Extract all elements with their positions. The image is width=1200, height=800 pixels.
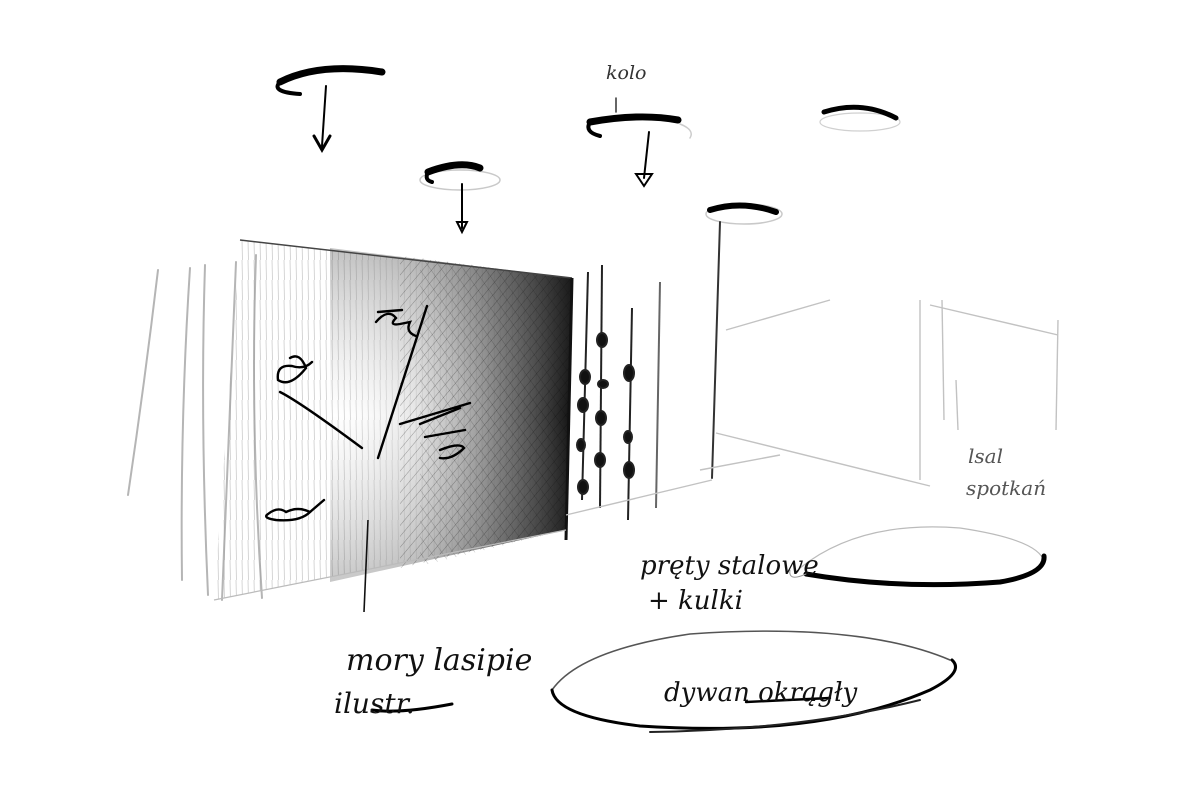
mural-label-line-2: ilustr. <box>334 690 415 718</box>
pendant-lamp-3 <box>588 98 691 186</box>
pendant-lamp-2 <box>420 165 500 232</box>
strands-label-line-2: + kulki <box>648 588 743 614</box>
rug-label: dywan okrągły <box>664 680 857 706</box>
rug-small <box>790 527 1044 585</box>
mural-label-line-1: mory lasipie <box>346 646 532 676</box>
pendant-lamp-4 <box>706 204 782 478</box>
hanging-strands <box>577 265 660 520</box>
lamp-label: kolo <box>606 64 646 83</box>
side-label-line-2: spotkań <box>966 478 1046 498</box>
side-label-line-1: lsal <box>968 446 1003 466</box>
strands-label-line-1: pręty stalowe <box>640 553 819 579</box>
pendant-lamp-1 <box>278 69 383 150</box>
pendant-lamp-5 <box>820 107 900 131</box>
wall-mural <box>214 240 572 600</box>
sketch-canvas <box>0 0 1200 800</box>
